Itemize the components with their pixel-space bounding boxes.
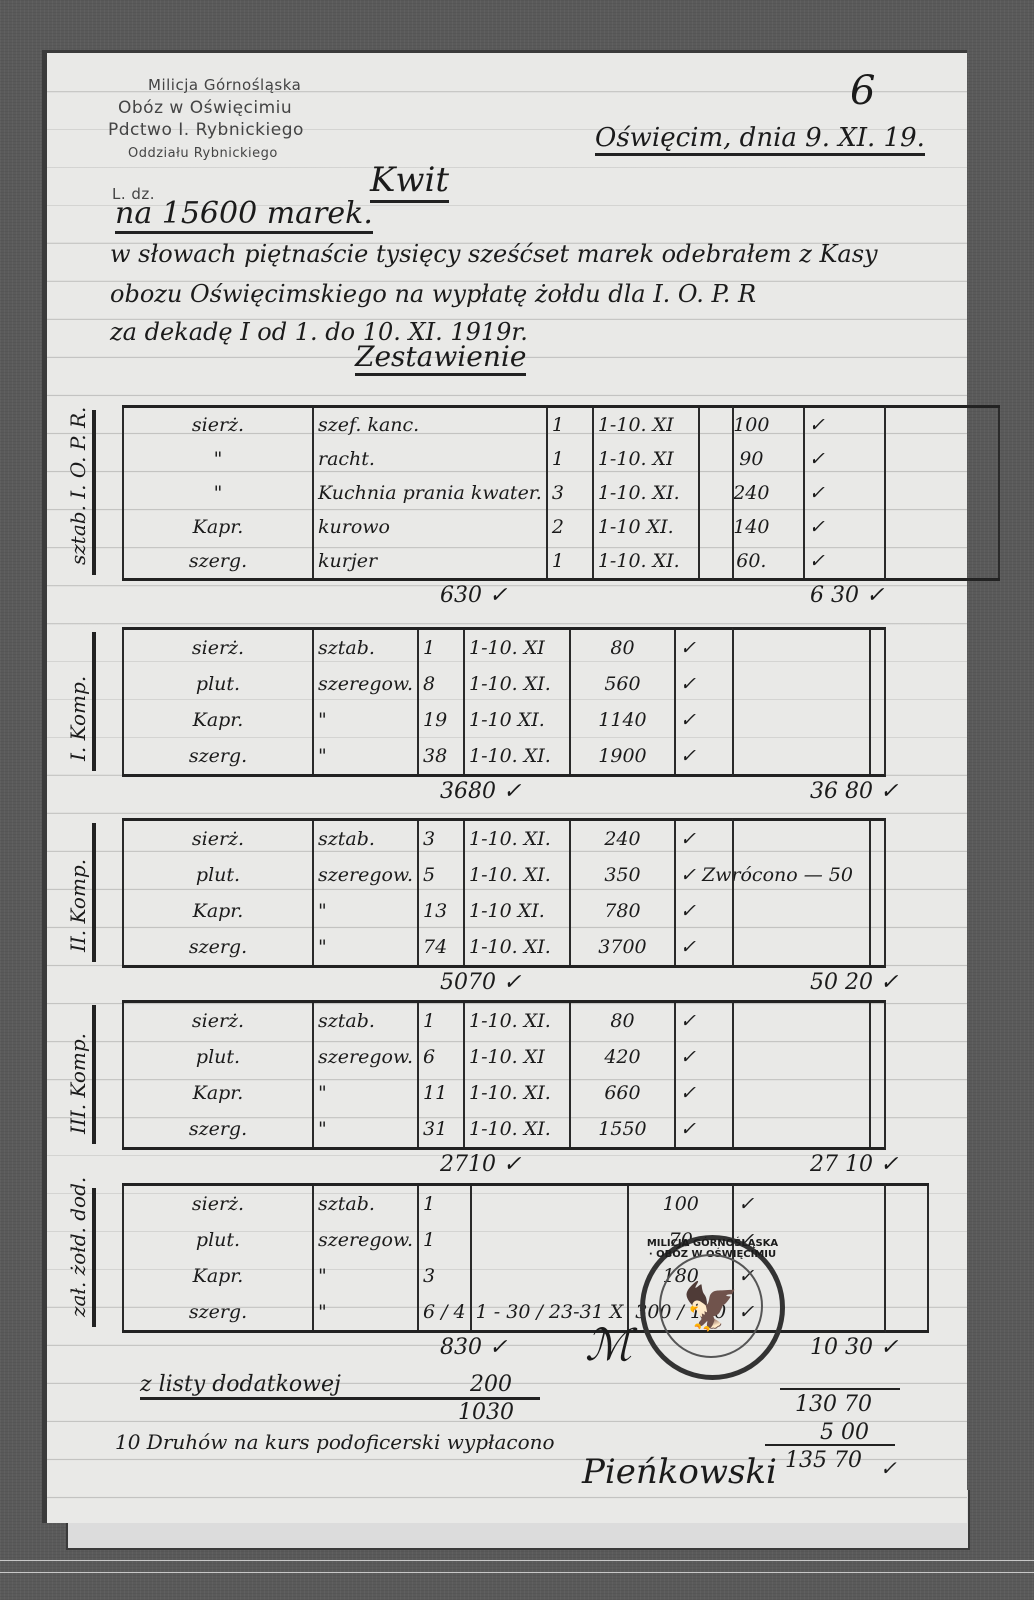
cell-count: 31 [418,1111,464,1149]
section-subtotal: 3680 ✓ [440,779,521,804]
remarks-box [732,818,886,968]
section-subtotal: 830 ✓ [440,1335,507,1360]
cell-amount: 660 [570,1075,675,1111]
grand-total: 130 70 [795,1392,872,1417]
cell-rank: plut. [123,666,313,702]
cell-rank: plut. [123,857,313,893]
cell-amount: 1550 [570,1111,675,1149]
cell-rank: szerg. [123,544,313,580]
cell-count: 5 [418,857,464,893]
section-label: III. Komp. [66,1033,90,1134]
combined-total: 1030 [458,1400,514,1425]
cell-count: 1 [547,442,593,476]
cell-function: " [313,1294,418,1332]
cell-rank: sierż. [123,629,313,667]
section-label: I. Komp. [66,676,90,761]
cell-period: 1-10. XI. [464,857,570,893]
cell-count: 8 [418,666,464,702]
cell-amount: 1140 [570,702,675,738]
cell-count: 38 [418,738,464,776]
cell-period: 1-10. XI. [593,476,699,510]
cell-period: 1-10. XI. [464,1002,570,1040]
course-amount: 5 00 [820,1420,869,1445]
cell-period: 1-10. XI. [464,1111,570,1149]
cell-rank: szerg. [123,738,313,776]
cell-period: 1-10. XI. [464,1075,570,1111]
section-bar [92,632,96,771]
cell-function: sztab. [313,1185,418,1223]
cell-period: 1-10. XI [464,1039,570,1075]
remarks-box [732,627,886,777]
amount-line: na 15600 marek. [115,196,373,234]
cell-function: Kuchnia prania kwater. [313,476,547,510]
cell-period: 1-10. XI. [464,929,570,967]
section-bar [92,1188,96,1327]
eagle-emblem-icon: 🦅 [659,1254,763,1358]
section-bar [92,823,96,962]
cell-rank: Kapr. [123,893,313,929]
carried-total: 27 10 ✓ [810,1152,898,1177]
carried-total: 36 80 ✓ [810,779,898,804]
course-note: 10 Druhów na kurs podoficerski wypłacono [115,1430,555,1454]
scribble-signature: ℳ [585,1320,632,1371]
cell-rank: Kapr. [123,1075,313,1111]
cell-rank: szerg. [123,1294,313,1332]
cell-function: szeregow. [313,1222,418,1258]
section-subtotal: 2710 ✓ [440,1152,521,1177]
remarks-box [732,1000,886,1150]
page-number: 6 [850,68,875,114]
cell-rank: szerg. [123,1111,313,1149]
cell-period: 1-10. XI. [464,738,570,776]
cell-function: szeregow. [313,1039,418,1075]
place-date: Oświęcim, dnia 9. XI. 19. [595,123,925,156]
cell-period: 1-10. XI [593,407,699,443]
cell-function: kurowo [313,510,547,544]
stamp-line: Milicja Górnośląska [148,76,301,94]
cell-count: 1 [547,544,593,580]
official-stamp: MILICJA GÓRNOŚLĄSKA · OBÓZ W OŚWIĘCIMIU … [640,1235,785,1380]
cell-amount: 3700 [570,929,675,967]
section-bar [92,410,96,575]
cell-count: 6 / 4 [418,1294,471,1332]
stamp-line: Pdctwo I. Rybnickiego [108,120,304,140]
cell-amount: 80 [570,1002,675,1040]
document-title: Kwit [370,160,449,203]
cell-function: sztab. [313,820,418,858]
cell-amount: 100 [628,1185,733,1223]
cell-function: kurjer [313,544,547,580]
cell-period: 1-10 XI. [464,893,570,929]
cell-rank: szerg. [123,929,313,967]
cell-period: 1-10. XI [593,442,699,476]
cell-count: 6 [418,1039,464,1075]
scan-line [0,1572,1034,1573]
cell-function: " [313,893,418,929]
additional-list-amount: 200 [470,1372,512,1397]
scan-line [0,1560,1034,1561]
cell-function: szef. kanc. [313,407,547,443]
carried-total: 50 20 ✓ [810,970,898,995]
cell-rank: sierż. [123,820,313,858]
cell-count: 74 [418,929,464,967]
cell-period [471,1222,629,1258]
cell-period: 1-10 XI. [464,702,570,738]
cell-function: " [313,1258,418,1294]
body-line: obozu Oświęcimskiego na wypłatę żołdu dl… [110,280,756,308]
cell-rank: Kapr. [123,510,313,544]
cell-function: " [313,1075,418,1111]
cell-count: 3 [418,820,464,858]
carried-total: 10 30 ✓ [810,1335,898,1360]
cell-amount: 240 [570,820,675,858]
cell-function: racht. [313,442,547,476]
section-label: zał. żołd. dod. [66,1177,90,1317]
cell-period: 1-10 XI. [593,510,699,544]
signature: Pieńkowski [582,1452,777,1492]
cell-amount: 560 [570,666,675,702]
section-subtotal: 5070 ✓ [440,970,521,995]
cell-rank: sierż. [123,407,313,443]
stamp-line: Oddziału Rybnickiego [128,146,278,161]
cell-function: " [313,702,418,738]
sum-rule [765,1444,895,1446]
cell-rank: sierż. [123,1002,313,1040]
cell-count: 11 [418,1075,464,1111]
cell-count: 19 [418,702,464,738]
cell-count: 2 [547,510,593,544]
cell-period: 1-10. XI [464,629,570,667]
cell-function: sztab. [313,1002,418,1040]
remarks-box [732,405,886,581]
sum-rule [780,1388,900,1390]
body-line: w słowach piętnaście tysięcy sześćset ma… [110,240,878,268]
stamp-line: Obóz w Oświęcimiu [118,98,292,118]
carried-total: 6 30 ✓ [810,583,884,608]
cell-rank: plut. [123,1222,313,1258]
cell-function: szeregow. [313,857,418,893]
final-total: 135 70 [785,1448,862,1473]
section-bar [92,1005,96,1144]
cell-count: 13 [418,893,464,929]
cell-amount: 420 [570,1039,675,1075]
cell-count: 1 [418,1002,464,1040]
cell-count: 1 [418,1185,471,1223]
cell-rank: Kapr. [123,1258,313,1294]
cell-amount: 80 [570,629,675,667]
cell-period: 1-10. XI. [593,544,699,580]
section-label: II. Komp. [66,859,90,952]
cell-function: " [313,1111,418,1149]
cell-count: 3 [418,1258,471,1294]
section-subtotal: 630 ✓ [440,583,507,608]
cell-rank: Kapr. [123,702,313,738]
cell-period [471,1185,629,1223]
cell-period [471,1258,629,1294]
cell-count: 1 [418,1222,471,1258]
cell-function: " [313,929,418,967]
cell-function: " [313,738,418,776]
cell-rank: sierż. [123,1185,313,1223]
cell-amount: 1900 [570,738,675,776]
cell-amount: 780 [570,893,675,929]
cell-amount: 350 [570,857,675,893]
cell-function: szeregow. [313,666,418,702]
cell-count: 3 [547,476,593,510]
subtitle: Zestawienie [355,340,526,376]
cell-count: 1 [547,407,593,443]
cell-period: 1-10. XI. [464,666,570,702]
cell-rank: " [123,442,313,476]
check-mark: ✓ [880,1456,897,1480]
cell-function: sztab. [313,629,418,667]
cell-period: 1-10. XI. [464,820,570,858]
cell-rank: " [123,476,313,510]
cell-count: 1 [418,629,464,667]
cell-rank: plut. [123,1039,313,1075]
section-label: sztab. I. O. P. R. [66,407,90,565]
